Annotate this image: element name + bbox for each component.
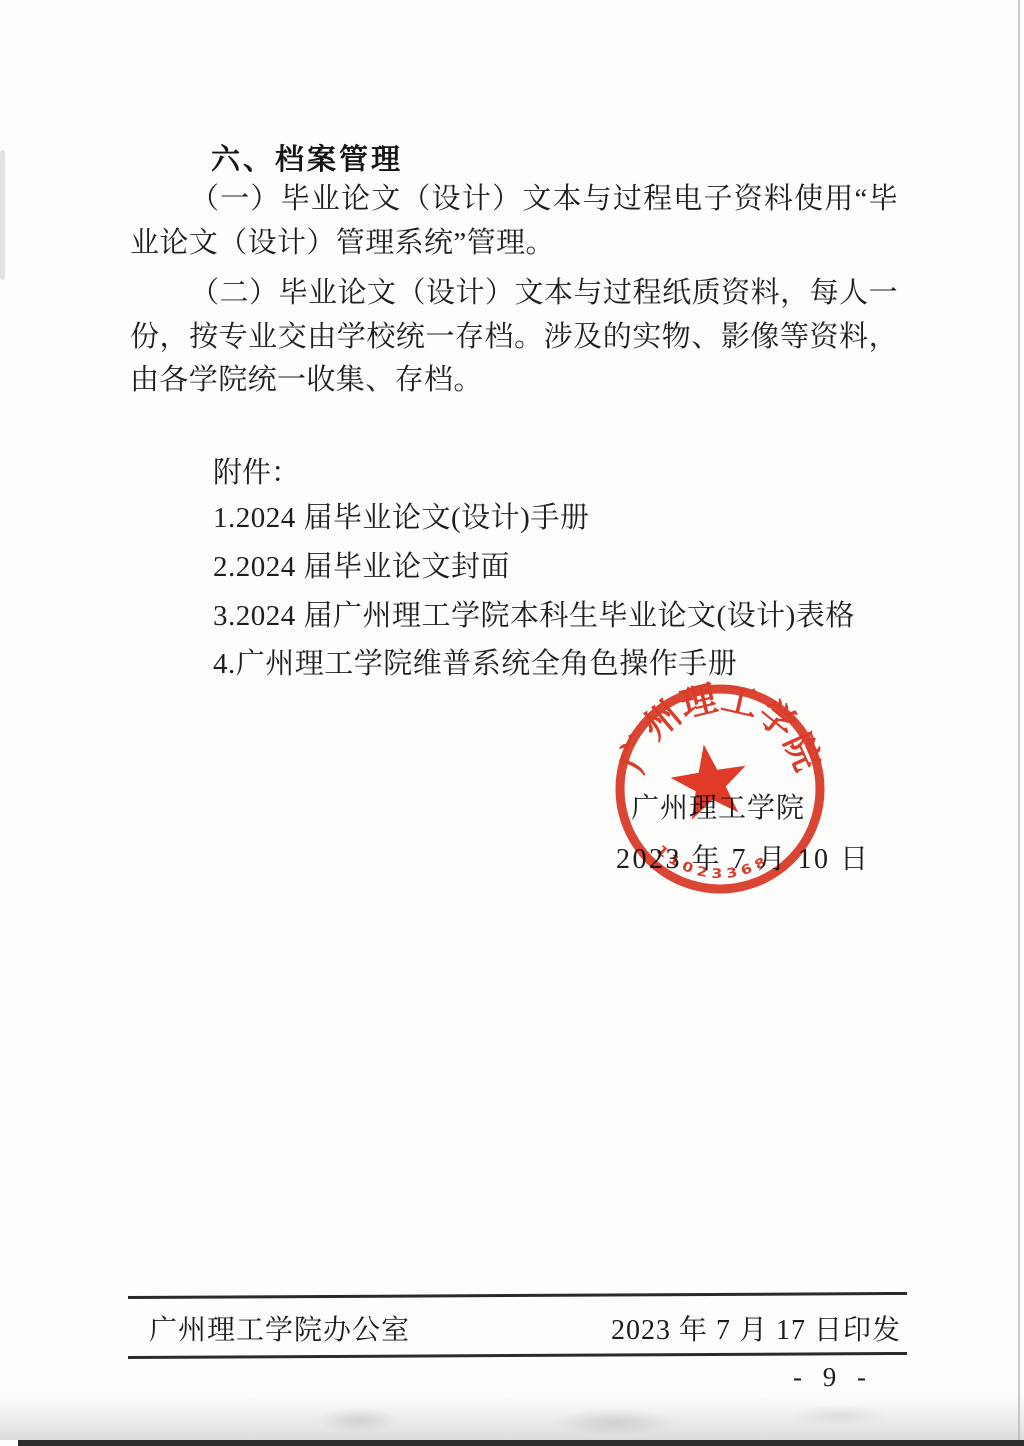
page-number: - 9 -	[778, 1362, 888, 1393]
scan-artifact-right-edge	[1018, 0, 1020, 1446]
footer-print-date: 2023 年 7 月 17 日印发	[611, 1308, 901, 1348]
scan-artifact-bottom-bar	[18, 1440, 1024, 1446]
attachments-label: 附件：	[213, 457, 300, 489]
attachment-item-2: 2.2024 届毕业论文封面	[213, 551, 510, 583]
official-seal-stamp-icon: 广州理工学院 11023368	[590, 660, 850, 910]
scan-artifact-bottom-band	[0, 1396, 1024, 1440]
footer: 广州理工学院办公室 2023 年 7 月 17 日印发	[128, 1308, 907, 1348]
document-page: 六、档案管理 （一）毕业论文（设计）文本与过程电子资料使用“毕业论文（设计）管理…	[0, 0, 1024, 1446]
paragraph-1: （一）毕业论文（设计）文本与过程电子资料使用“毕业论文（设计）管理系统”管理。	[130, 178, 898, 265]
section-heading: 六、档案管理	[211, 137, 403, 178]
footer-rule-bottom	[128, 1352, 907, 1359]
scan-artifact-left	[0, 150, 5, 280]
paragraph-2: （二）毕业论文（设计）文本与过程纸质资料，每人一份，按专业交由学校统一存档。涉及…	[130, 272, 898, 403]
attachment-item-3: 3.2024 届广州理工学院本科生毕业论文(设计)表格	[213, 600, 855, 632]
footer-office: 广州理工学院办公室	[149, 1308, 410, 1348]
attachment-item-1: 1.2024 届毕业论文(设计)手册	[213, 502, 589, 534]
footer-rule-top	[128, 1292, 907, 1299]
seal-star-icon	[666, 739, 752, 822]
